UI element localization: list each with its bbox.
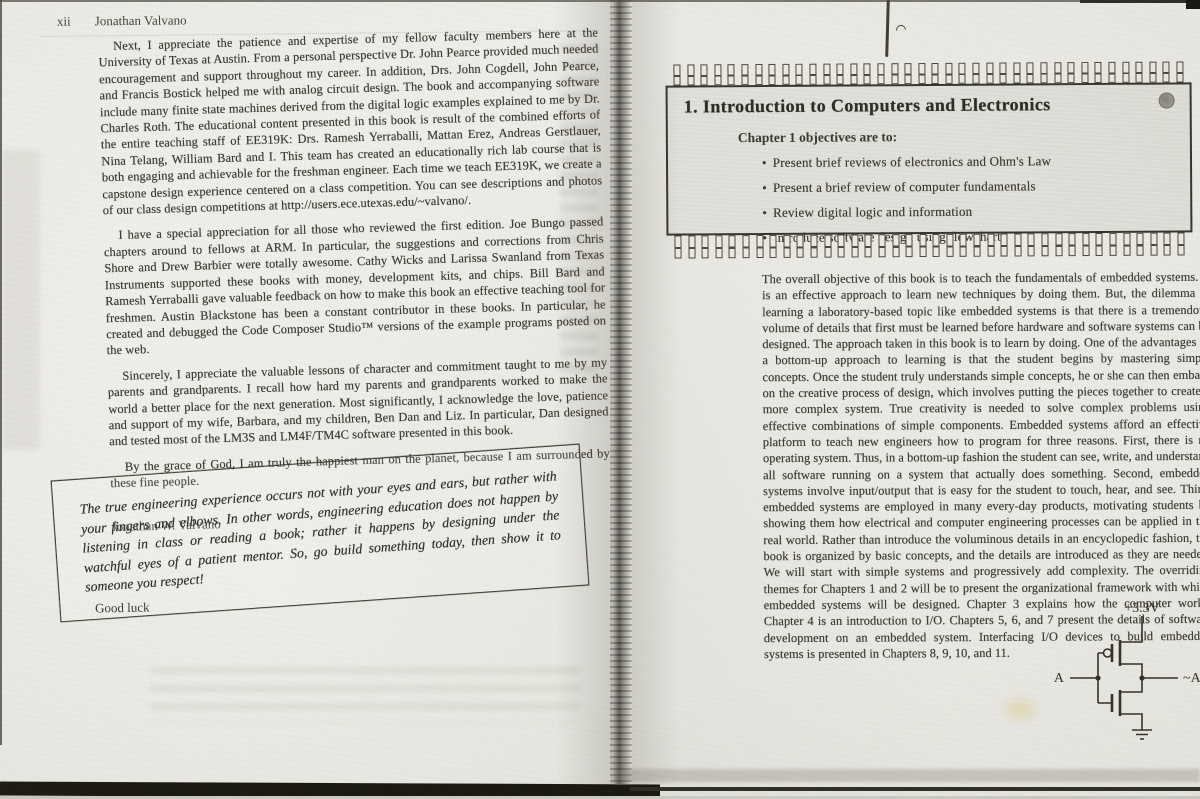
bullet-icon: • [762,180,767,195]
chip-pin [756,235,763,258]
chip-pin [782,64,789,85]
wire-junction-dot [1139,675,1144,680]
chip-pin [714,64,721,85]
chip-pin [918,63,925,84]
chip-pin [1001,234,1008,257]
chip-pin [1109,233,1116,256]
chip-pin [1081,62,1088,83]
scan-edge-top [1080,0,1200,3]
chip-pin [864,63,871,84]
chapter-title-chip-box: 1. Introduction to Computers and Electro… [666,82,1193,235]
quote-text: The true engineering experience occurs n… [79,466,563,597]
objective-item: •Present brief reviews of electronics an… [762,152,1190,171]
chip-pin [919,234,926,257]
chip-pin [974,234,981,257]
chip-pin [878,234,885,257]
chip-pin [809,64,816,85]
chip-pin [783,235,790,258]
chip-pin [933,234,940,257]
chip-pin [905,63,912,84]
scan-edge-top [0,0,1200,2]
chip-pin [770,235,777,258]
chip-pin [960,234,967,257]
book-scan-spread: xii Jonathan Valvano Next, I appreciate … [0,0,1200,799]
chip-pin [796,64,803,85]
chip-pin [877,63,884,84]
chip-pin [1000,63,1007,84]
chip-pin [797,235,804,258]
running-title: Jonathan Valvano [95,12,187,29]
page-number: xii [57,14,71,30]
chip-pin [972,63,979,84]
scan-edge-bottom [630,787,1200,791]
vdd-label: +3.3V [1124,601,1160,616]
chip-pin [865,234,872,257]
chip-pin [946,234,953,257]
chip-pin [1069,233,1076,256]
objective-item: •Present a brief review of computer fund… [762,177,1190,196]
chip-pin [1136,62,1143,83]
output-label: ~A [1183,671,1200,686]
chip-pin [1027,62,1034,83]
chip-pin [945,63,952,84]
wire-junction-dot [1095,675,1100,680]
chip-pin [741,64,748,85]
scan-edge-left [0,0,2,745]
gutter-shadow [632,0,680,785]
chip-pin [1149,62,1156,83]
chip-pin [1082,233,1089,256]
chip-pin [1150,233,1157,256]
chip-pin [1041,233,1048,256]
preface-paragraph: I have a special appreciation for all th… [103,214,606,359]
stain-spot [998,693,1043,725]
chip-pin [987,234,994,257]
cmos-inverter-diagram: +3.3V A ~A [1050,598,1200,758]
chip-pin [728,64,735,85]
chip-pin [1055,233,1062,256]
chip-pin [755,64,762,85]
preface-paragraph: Sincerely, I appreciate the valuable les… [107,354,609,450]
chip-pin [1013,62,1020,83]
objective-text: Review digital logic and information [773,204,972,220]
bullet-icon: • [762,205,767,220]
input-label: A [1054,671,1065,686]
chip-pin [769,64,776,85]
chip-pin [1122,62,1129,83]
chip-pin [906,234,913,257]
chip-pin [1108,62,1115,83]
book-gutter [610,0,632,784]
chip-pin [1028,233,1035,256]
chip-pins-top [673,61,1183,85]
objective-text: Present a brief review of computer funda… [773,178,1036,195]
scan-edge-bottom [615,769,1200,782]
chip-pin [824,235,831,258]
chip-pin [932,63,939,84]
chip-pin [823,64,830,85]
chip-pin [1177,232,1184,255]
chip-pin [838,235,845,258]
chip-pin [715,235,722,258]
chip-pin [1054,62,1061,83]
chip-pin [702,235,709,258]
chip-pin [688,235,695,258]
bullet-icon: • [762,155,767,170]
chip-pin [1068,62,1075,83]
chip-pin [1163,62,1170,83]
chip-pin [851,234,858,257]
objective-text: Present brief reviews of electronics and… [773,153,1051,170]
closing-text: Good luck [95,600,150,617]
preface-paragraph: Next, I appreciate the patience and expe… [98,24,603,218]
objective-item: •Review digital logic and information [762,202,1190,221]
chip-pin [891,63,898,84]
chip-pin [1095,62,1102,83]
chip-pin [1164,233,1171,256]
gutter-shadow [555,0,612,785]
chip-pin [1123,233,1130,256]
chip-pin [1176,61,1183,82]
chip-pin [959,63,966,84]
chip-pin [810,235,817,258]
chip-pin [1040,62,1047,83]
chip-pin [837,64,844,85]
objectives-heading: Chapter 1 objectives are to: [738,127,1190,146]
scan-corner-mark [1186,0,1200,9]
chip-pin1-dot-icon [1159,92,1175,108]
chip-pin [742,235,749,258]
chapter-title: 1. Introduction to Computers and Electro… [684,93,1190,117]
chip-pin [687,64,694,85]
chip-pin [1014,233,1021,256]
chip-pin [701,64,708,85]
chip-pin [1137,233,1144,256]
chip-pins-bottom [674,232,1184,258]
bleedthrough-smudge [2,150,40,450]
chip-pin [850,63,857,84]
chip-pin [1096,233,1103,256]
chip-pin [986,63,993,84]
bleedthrough-smudge [150,668,580,723]
chip-pin [729,235,736,258]
chip-pin [892,234,899,257]
